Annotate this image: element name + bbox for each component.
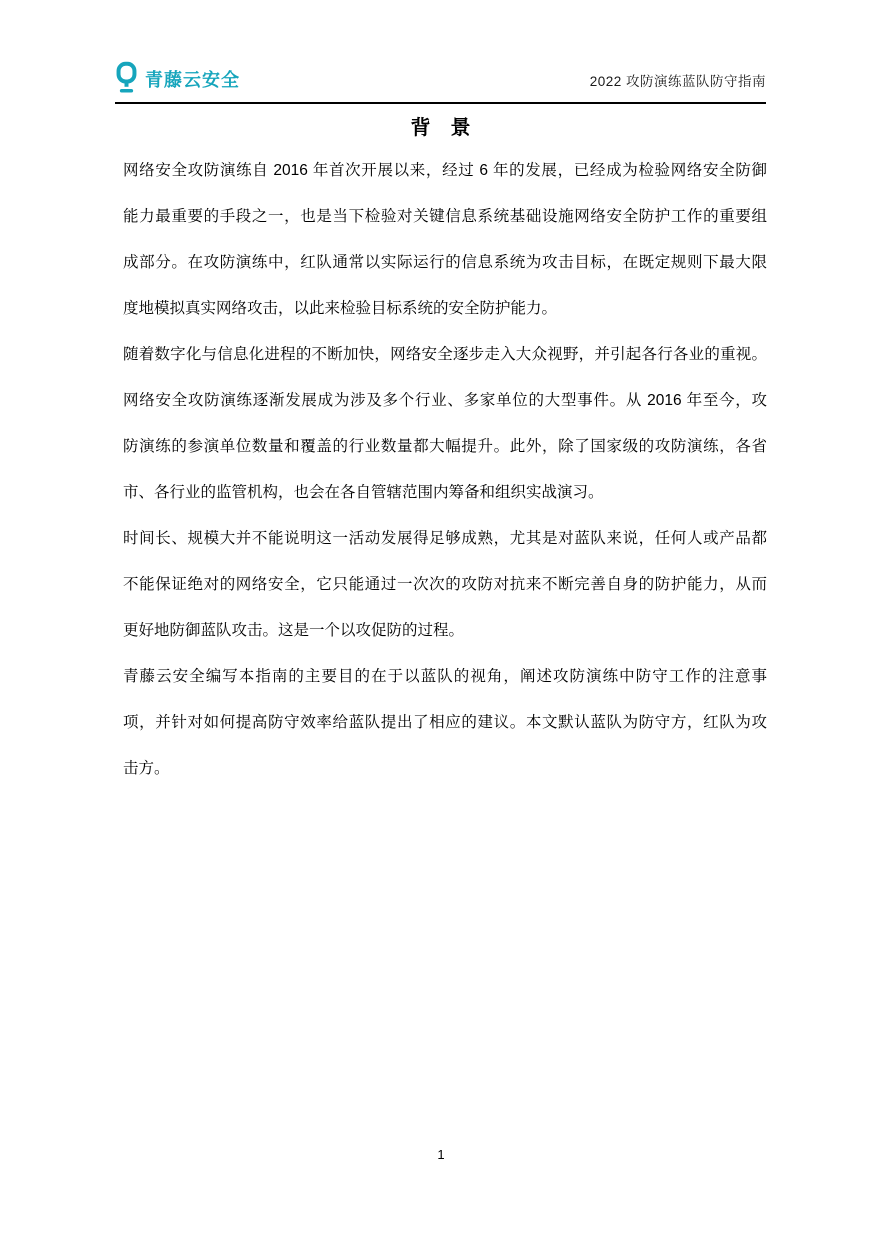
paragraph-line: 不能保证绝对的网络安全，它只能通过一次次的攻防对抗来不断完善自身的防护能力，从而: [123, 562, 767, 608]
paragraph-line: 项，并针对如何提高防守效率给蓝队提出了相应的建议。本文默认蓝队为防守方，红队为攻: [123, 700, 767, 746]
logo: 青藤云安全: [115, 61, 240, 94]
logo-text: 青藤云安全: [145, 71, 240, 89]
paragraph-line: 随着数字化与信息化进程的不断加快，网络安全逐步走入大众视野，并引起各行各业的重视…: [123, 332, 767, 378]
paragraph-line: 时间长、规模大并不能说明这一活动发展得足够成熟，尤其是对蓝队来说，任何人或产品都: [123, 516, 767, 562]
page-header: 青藤云安全 2022 攻防演练蓝队防守指南: [115, 56, 766, 104]
paragraph-line: 网络安全攻防演练自 2016 年首次开展以来，经过 6 年的发展，已经成为检验网…: [123, 148, 767, 194]
qingteng-q-icon: [115, 61, 138, 94]
paragraph-line: 度地模拟真实网络攻击，以此来检验目标系统的安全防护能力。: [123, 286, 767, 332]
header-doc-title: 2022 攻防演练蓝队防守指南: [590, 75, 766, 89]
paragraph-line: 防演练的参演单位数量和覆盖的行业数量都大幅提升。此外，除了国家级的攻防演练，各省: [123, 424, 767, 470]
document-page: 青藤云安全 2022 攻防演练蓝队防守指南 背 景 网络安全攻防演练自 2016…: [0, 0, 882, 1252]
paragraph: 随着数字化与信息化进程的不断加快，网络安全逐步走入大众视野，并引起各行各业的重视…: [123, 332, 767, 516]
paragraph-line: 成部分。在攻防演练中，红队通常以实际运行的信息系统为攻击目标，在既定规则下最大限: [123, 240, 767, 286]
paragraph-line: 更好地防御蓝队攻击。这是一个以攻促防的过程。: [123, 608, 767, 654]
body-text: 网络安全攻防演练自 2016 年首次开展以来，经过 6 年的发展，已经成为检验网…: [123, 148, 767, 792]
paragraph-line: 市、各行业的监管机构，也会在各自管辖范围内筹备和组织实战演习。: [123, 470, 767, 516]
page-title: 背 景: [115, 111, 766, 140]
page-number: 1: [437, 1147, 444, 1162]
paragraph: 青藤云安全编写本指南的主要目的在于以蓝队的视角，阐述攻防演练中防守工作的注意事项…: [123, 654, 767, 792]
paragraph: 时间长、规模大并不能说明这一活动发展得足够成熟，尤其是对蓝队来说，任何人或产品都…: [123, 516, 767, 654]
page-footer: 1: [0, 1146, 882, 1164]
paragraph-line: 网络安全攻防演练逐渐发展成为涉及多个行业、多家单位的大型事件。从 2016 年至…: [123, 378, 767, 424]
paragraph-line: 青藤云安全编写本指南的主要目的在于以蓝队的视角，阐述攻防演练中防守工作的注意事: [123, 654, 767, 700]
paragraph: 网络安全攻防演练自 2016 年首次开展以来，经过 6 年的发展，已经成为检验网…: [123, 148, 767, 332]
paragraph-line: 能力最重要的手段之一，也是当下检验对关键信息系统基础设施网络安全防护工作的重要组: [123, 194, 767, 240]
paragraph-line: 击方。: [123, 746, 767, 792]
